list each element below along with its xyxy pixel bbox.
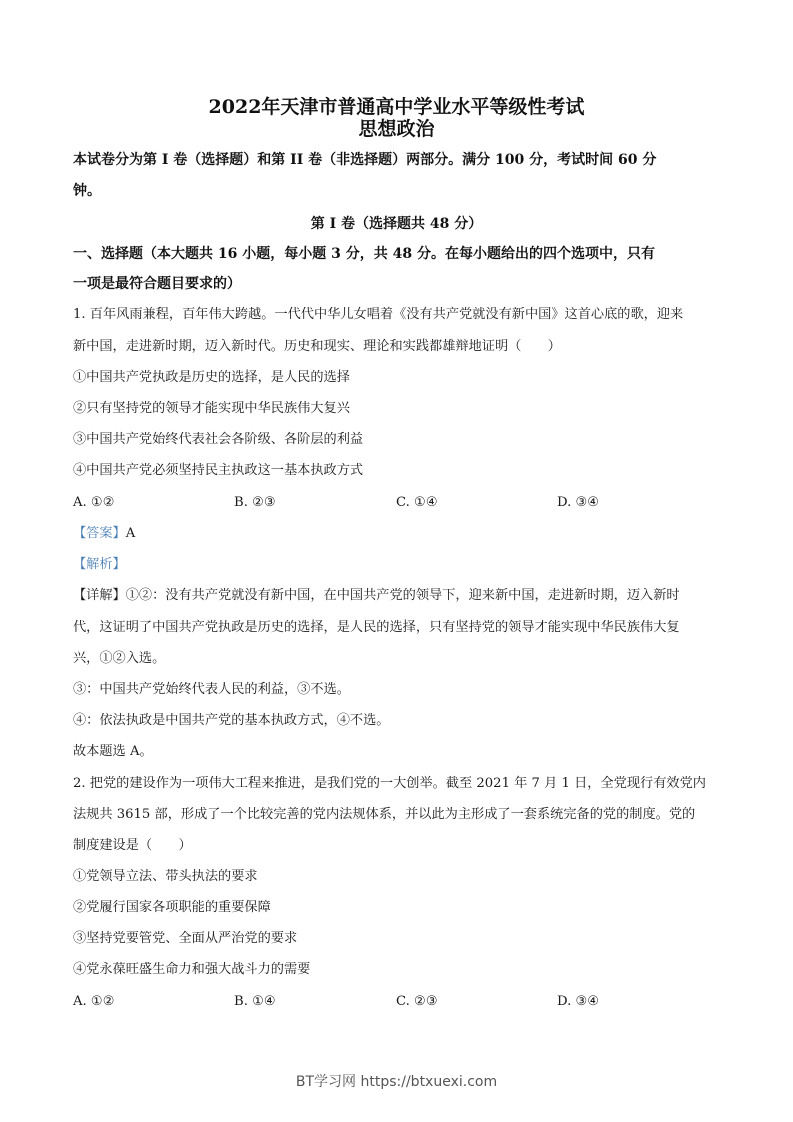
q2-option-b: B. ①④ xyxy=(234,993,276,1011)
q1-conclusion: 故本题选 A。 xyxy=(73,743,153,761)
q1-option-c: C. ①④ xyxy=(396,494,438,512)
q1-statement-2: ②只有坚持党的领导才能实现中华民族伟大复兴 xyxy=(73,400,350,418)
q1-detail-line-3: 兴，①②入选。 xyxy=(73,650,165,668)
q2-option-d: D. ③④ xyxy=(557,993,599,1011)
q2-stem-line-2: 法规共 3615 部，形成了一个比较完善的党内法规体系，并以此为主形成了一套系统… xyxy=(73,806,695,824)
q1-statement-4: ④中国共产党必须坚持民主执政这一基本执政方式 xyxy=(73,462,363,480)
q1-analysis: 【解析】 xyxy=(73,556,126,574)
q2-statement-1: ①党领导立法、带头执法的要求 xyxy=(73,868,258,886)
q1-option-a: A. ①② xyxy=(73,494,115,512)
q1-answer: 【答案】A xyxy=(73,525,135,543)
analysis-label: 【解析】 xyxy=(73,557,126,572)
q2-statement-4: ④党永葆旺盛生命力和强大战斗力的需要 xyxy=(73,961,310,979)
exam-page: 2022年天津市普通高中学业水平等级性考试 思想政治 本试卷分为第 I 卷（选择… xyxy=(0,0,793,1122)
section-heading: 第 I 卷（选择题共 48 分） xyxy=(0,215,793,233)
q2-statement-3: ③坚持党要管党、全面从严治党的要求 xyxy=(73,930,297,948)
section-instruction-2: 一项是最符合题目要求的） xyxy=(73,275,241,293)
q1-stem-line-2: 新中国，走进新时期，迈入新时代。历史和现实、理论和实践都雄辩地证明（ ） xyxy=(73,338,561,356)
footer-watermark: BT学习网 https://btxuexi.com xyxy=(0,1071,793,1091)
q2-option-c: C. ②③ xyxy=(396,993,438,1011)
q1-detail-line-1: 【详解】①②：没有共产党就没有新中国，在中国共产党的领导下，迎来新中国，走进新时… xyxy=(73,587,680,605)
answer-label: 【答案】 xyxy=(73,526,126,541)
intro-line-1: 本试卷分为第 I 卷（选择题）和第 II 卷（非选择题）两部分。满分 100 分… xyxy=(73,151,656,169)
q1-detail-line-5: ④：依法执政是中国共产党的基本执政方式，④不选。 xyxy=(73,712,390,730)
answer-value: A xyxy=(126,526,136,541)
q1-stem-line-1: 1. 百年风雨兼程，百年伟大跨越。一代代中华儿女唱着《没有共产党就没有新中国》这… xyxy=(73,306,683,324)
q2-option-a: A. ①② xyxy=(73,993,115,1011)
q2-statement-2: ②党履行国家各项职能的重要保障 xyxy=(73,899,271,917)
q1-statement-3: ③中国共产党始终代表社会各阶级、各阶层的利益 xyxy=(73,431,363,449)
q1-detail-line-2: 代，这证明了中国共产党执政是历史的选择，是人民的选择，只有坚持党的领导才能实现中… xyxy=(73,619,680,637)
q1-option-b: B. ②③ xyxy=(234,494,276,512)
intro-line-2: 钟。 xyxy=(73,182,101,200)
section-instruction-1: 一、选择题（本大题共 16 小题，每小题 3 分，共 48 分。在每小题给出的四… xyxy=(73,245,655,263)
q1-statement-1: ①中国共产党执政是历史的选择，是人民的选择 xyxy=(73,369,350,387)
q2-stem-line-3: 制度建设是（ ） xyxy=(73,837,192,855)
q1-detail-line-4: ③：中国共产党始终代表人民的利益，③不选。 xyxy=(73,681,350,699)
q2-stem-line-1: 2. 把党的建设作为一项伟大工程来推进，是我们党的一大创举。截至 2021 年 … xyxy=(73,775,706,793)
q1-option-d: D. ③④ xyxy=(557,494,599,512)
subject-title: 思想政治 xyxy=(0,114,793,141)
